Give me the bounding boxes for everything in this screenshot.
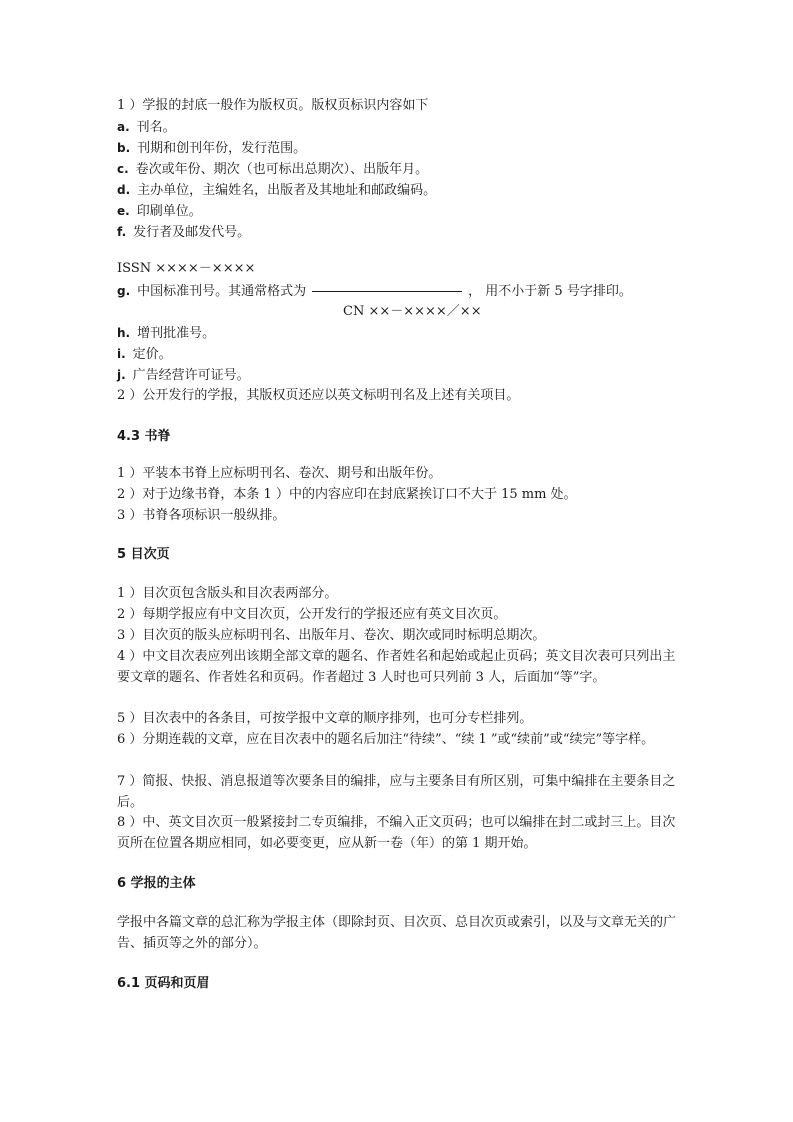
list-item-c: c.卷次或年份、期次（也可标出总期次）、出版年月。 [117,161,428,178]
list-item-a: a.刊名。 [117,119,176,136]
section-heading-6-1: 6.1 页码和页眉 [117,976,210,992]
item-label: i. [117,347,126,361]
list-item-f: f.发行者及邮发代号。 [117,224,250,241]
fraction-rule [312,291,462,292]
item-text: 广告经营许可证号。 [133,368,250,383]
issn-format: ISSN ××××－×××× [117,261,255,277]
list-item-j: j.广告经营许可证号。 [117,367,250,384]
paragraph: 6 ）分期连载的文章，应在目次表中的题名后加注“待续”、“续 1 ”或“续前”或… [117,729,677,750]
paragraph: 3 ）目次页的版头应标明刊名、出版年月、卷次、期次或同时标明总期次。 [117,628,545,644]
paragraph: 1 ）平装本书脊上应标明刊名、卷次、期号和出版年份。 [117,466,441,482]
paragraph: 4 ）中文目次表应列出该期全部文章的题名、作者姓名和起始或起止页码；英文目次表可… [117,646,677,688]
section-heading-5: 5 目次页 [117,547,170,563]
copyright-intro: 1 ）学报的封底一般作为版权页。版权页标识内容如下 [117,98,428,114]
list-item-i: i.定价。 [117,346,172,363]
item-label: e. [117,204,130,218]
item-label: c. [117,162,129,176]
paragraph: 2 ）每期学报应有中文目次页，公开发行的学报还应有英文目次页。 [117,607,506,623]
item-label: f. [117,225,126,239]
item-label: d. [117,183,130,197]
item-text: 刊期和创刊年份，发行范围。 [137,141,306,156]
list-item-e: e.印刷单位。 [117,203,202,220]
item-label: j. [117,368,126,382]
item-label: h. [117,326,130,340]
item-text: 卷次或年份、期次（也可标出总期次）、出版年月。 [136,162,429,177]
item-text: 刊名。 [137,120,176,135]
paragraph: 1 ）目次页包含版头和目次表两部分。 [117,586,337,602]
item-text: 发行者及邮发代号。 [133,225,250,240]
item-text-before: 中国标准刊号。其通常格式为 [137,284,306,299]
paragraph: 3 ）书脊各项标识一般纵排。 [117,508,285,524]
paragraph: 5 ）目次表中的各条目，可按学报中文章的顺序排列，也可分专栏排列。 [117,711,532,727]
item-text: 印刷单位。 [137,204,202,219]
list-item-b: b.刊期和创刊年份，发行范围。 [117,140,306,157]
item-label: a. [117,120,130,134]
paragraph: 7 ）简报、快报、消息报道等次要条目的编排，应与主要条目有所区别，可集中编排在主… [117,771,677,813]
copyright-point-2: 2 ）公开发行的学报，其版权页还应以英文标明刊名及上述有关项目。 [117,388,519,404]
section-heading-6: 6 学报的主体 [117,876,196,892]
paragraph: 2 ）对于边缘书脊，本条 1 ）中的内容应印在封底紧挨订口不大于 15 mm 处… [117,487,577,503]
list-item-h: h.增刊批准号。 [117,325,215,342]
paragraph: 8 ）中、英文目次页一般紧接封二专页编排，不编入正文页码；也可以编排在封二或封三… [117,812,677,854]
section-heading-4-3: 4.3 书脊 [117,429,171,445]
cn-format: CN ××－××××／×× [343,304,482,320]
list-item-d: d.主办单位，主编姓名，出版者及其地址和邮政编码。 [117,182,436,199]
item-text: 增刊批准号。 [137,326,215,341]
item-text: 主办单位，主编姓名，出版者及其地址和邮政编码。 [137,183,436,198]
list-item-g: g.中国标准刊号。其通常格式为， 用不小于新 5 号字排印。 [117,283,632,300]
paragraph: 学报中各篇文章的总汇称为学报主体（即除封页、目次页、总目次页或索引，以及与文章无… [117,912,677,954]
item-text-after: ， 用不小于新 5 号字排印。 [468,284,632,299]
item-label: b. [117,141,130,155]
item-text: 定价。 [133,347,172,362]
item-label: g. [117,284,130,298]
